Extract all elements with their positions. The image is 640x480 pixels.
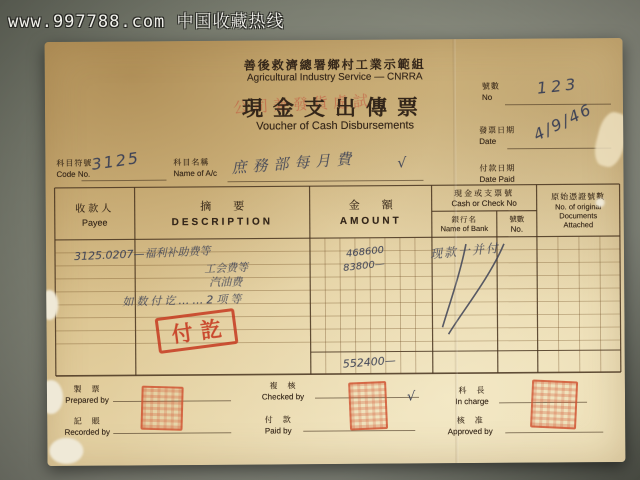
in-charge-en: In charge	[445, 397, 499, 406]
approved-by-cn: 核 准	[435, 415, 505, 426]
col-header-documents: 原始憑證號數 No. of original Documents Attache…	[537, 184, 620, 237]
date-paid-label-en: Date Paid	[479, 175, 515, 184]
account-check-mark: √	[397, 156, 406, 172]
checked-by-label: 複 核 Checked by	[253, 380, 313, 401]
approved-by-label: 核 准 Approved by	[435, 415, 505, 436]
check-no-en: No.	[511, 225, 524, 234]
payee-cn: 收款人	[75, 200, 114, 215]
code-no-label-cn: 科目符號	[56, 158, 92, 169]
account-name-label-cn: 科目名稱	[173, 157, 217, 168]
description-line-3: 汽油费	[209, 274, 242, 290]
in-charge-label: 科 長 In charge	[445, 385, 499, 406]
col-header-cash-or-check: 現金或支票號 Cash or Check No	[432, 185, 537, 212]
col-header-description: 摘 要 DESCRIPTION	[135, 186, 310, 239]
red-seal-approved	[530, 379, 578, 429]
damage-spot	[596, 198, 605, 207]
org-name-en: Agricultural Industry Service — CNRRA	[185, 71, 485, 84]
account-name-label-en: Name of A/c	[173, 169, 217, 178]
date-paid-label: 付款日期 Date Paid	[479, 163, 515, 184]
paid-by-cn: 付 款	[253, 414, 303, 425]
voucher-no-label: 號數 No	[482, 81, 500, 102]
in-charge-check-mark: √	[407, 389, 415, 404]
red-seal-paid	[348, 381, 388, 431]
col-header-amount: 金 額 AMOUNT	[310, 185, 432, 238]
prepared-by-cn: 製 票	[61, 384, 113, 395]
recorded-by-en: Recorded by	[59, 428, 115, 437]
check-no-cn: 號數	[509, 214, 524, 225]
bank-en: Name of Bank	[441, 225, 489, 234]
red-seal-prepared	[140, 386, 183, 431]
col-header-check-no: 號數 No.	[497, 211, 537, 237]
documents-en-3: Attached	[563, 220, 593, 229]
voucher-document: 善後救濟總署鄉村工業示範組 Agricultural Industry Serv…	[45, 38, 626, 466]
col-header-payee: 收款人 Payee	[55, 187, 135, 240]
description-line-4: 如数付讫……2项等	[122, 291, 244, 310]
payee-en: Payee	[82, 218, 108, 228]
approved-by-en: Approved by	[435, 427, 505, 436]
voucher-no-label-en: No	[482, 93, 500, 102]
documents-en-1: No. of original	[555, 202, 601, 211]
code-no-label-en: Code No.	[56, 170, 92, 179]
paid-by-label: 付 款 Paid by	[253, 414, 303, 435]
date-paid-label-cn: 付款日期	[479, 163, 515, 174]
checked-by-en: Checked by	[253, 392, 313, 401]
account-name-label: 科目名稱 Name of A/c	[173, 157, 217, 178]
recorded-by-label: 記 賬 Recorded by	[59, 416, 115, 437]
damage-spot	[49, 438, 83, 464]
in-charge-cn: 科 長	[445, 385, 499, 396]
amount-cn: 金 額	[349, 197, 393, 213]
code-no-label: 科目符號 Code No.	[56, 158, 92, 179]
cash-or-check-cn: 現金或支票號	[454, 188, 514, 199]
voucher-title-en: Voucher of Cash Disbursements	[175, 119, 495, 133]
documents-en-2: Documents	[559, 211, 597, 220]
prepared-by-en: Prepared by	[61, 396, 113, 405]
paid-by-en: Paid by	[253, 426, 303, 435]
amount-en: AMOUNT	[340, 216, 402, 227]
invoice-date-label-cn: 發票日期	[479, 125, 515, 136]
prepared-by-label: 製 票 Prepared by	[61, 384, 113, 405]
invoice-date-label: 發票日期 Date	[479, 125, 515, 146]
voucher-no-label-cn: 號數	[482, 81, 500, 92]
recorded-by-cn: 記 賬	[59, 416, 115, 427]
description-cn: 摘 要	[200, 198, 244, 214]
description-en: DESCRIPTION	[172, 216, 273, 228]
col-header-bank: 銀行名 Name of Bank	[432, 211, 497, 237]
cash-or-check-en: Cash or Check No	[451, 199, 516, 208]
checked-by-cn: 複 核	[253, 380, 313, 391]
invoice-date-label-en: Date	[479, 137, 515, 146]
site-watermark: www.997788.com 中国收藏热线	[8, 7, 285, 32]
